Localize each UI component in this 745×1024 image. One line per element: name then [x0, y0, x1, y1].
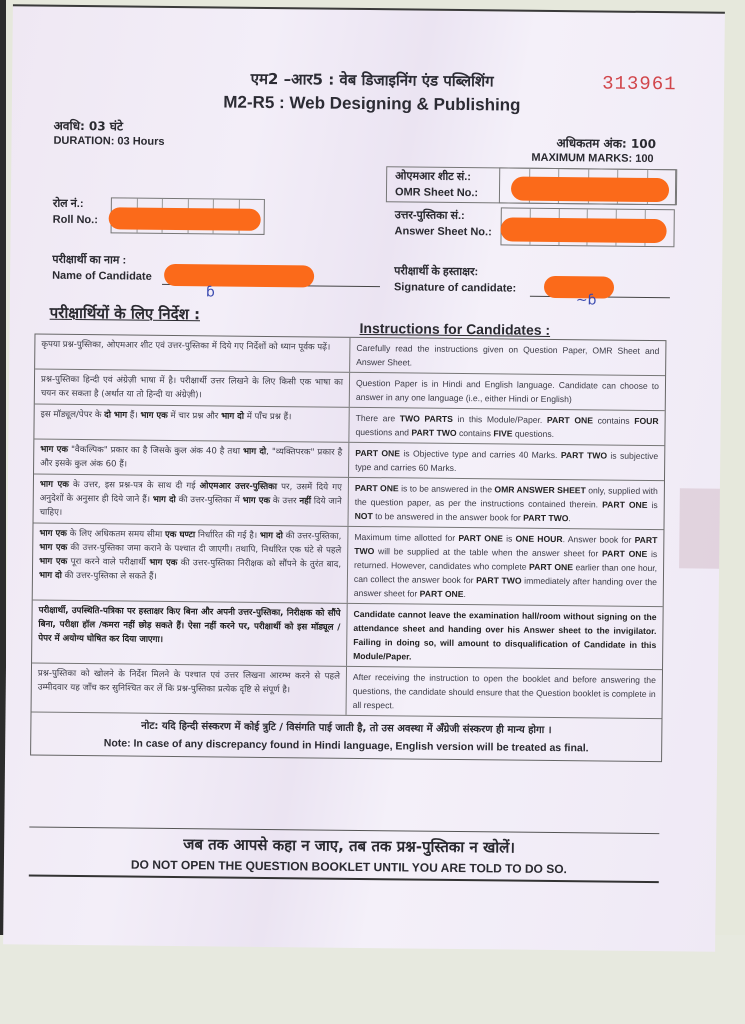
instruction-hindi: प्रश्न-पुस्तिका हिन्दी एवं अंग्रेज़ी भाष…: [35, 370, 350, 407]
signature-label-hindi: परीक्षार्थी के हस्ताक्षर:: [394, 264, 478, 280]
instruction-hindi: प्रश्न-पुस्तिका को खोलने के निर्देश मिलन…: [32, 664, 347, 715]
instruction-english: There are TWO PARTS in this Module/Paper…: [349, 408, 664, 445]
instruction-english: PART ONE is Objective type and carries 4…: [349, 443, 664, 480]
instruction-hindi: कृपया प्रश्न-पुस्तिका, ओएमआर शीट एवं उत्…: [35, 335, 350, 372]
instruction-english: Candidate cannot leave the examination h…: [347, 604, 663, 669]
signature-mark: ~ɓ: [576, 292, 597, 308]
instruction-english: Carefully read the instructions given on…: [350, 338, 665, 375]
omr-label-hindi: ओएमआर शीट सं.:: [395, 169, 471, 185]
title-hindi: एम2 –आर5 : वेब डिजाइनिंग एंड पब्लिशिंग: [192, 68, 552, 92]
duration-hindi: अवधि: 03 घंटे: [54, 117, 124, 135]
instruction-hindi: इस मॉड्यूल/पेपर के दो भाग हैं। भाग एक मे…: [34, 405, 349, 442]
instruction-english: Maximum time allotted for PART ONE is ON…: [348, 527, 664, 606]
warning-english: DO NOT OPEN THE QUESTION BOOKLET UNTIL Y…: [34, 857, 664, 878]
name-label-hindi: परीक्षार्थी का नाम :: [52, 253, 126, 269]
omr-label-english: OMR Sheet No.:: [395, 185, 478, 201]
instruction-row: प्रश्न-पुस्तिका को खोलने के निर्देश मिलन…: [32, 664, 662, 719]
signature-label-english: Signature of candidate:: [394, 280, 516, 296]
title-english: M2-R5 : Web Designing & Publishing: [172, 92, 572, 116]
instruction-row: परीक्षार्थी, उपस्थिति-पत्रिका पर हस्ताक्…: [32, 601, 663, 671]
answer-sheet-label-english: Answer Sheet No.:: [395, 224, 492, 240]
redacted-roll-number: [109, 207, 261, 231]
instruction-hindi: भाग एक "वैकल्पिक" प्रकार का है जिसके कुल…: [34, 440, 349, 477]
answer-sheet-label-hindi: उत्तर-पुस्तिका सं.:: [395, 208, 465, 224]
instruction-row: भाग एक के लिए अधिकतम समय सीमा एक घण्टा न…: [33, 524, 664, 608]
instruction-hindi: भाग एक के उत्तर, इस प्रश्न-पत्र के साथ द…: [34, 475, 349, 526]
duration-english: DURATION: 03 Hours: [53, 135, 164, 148]
max-marks-english: MAXIMUM MARKS: 100: [531, 152, 653, 165]
instructions-heading-english: Instructions for Candidates :: [359, 320, 550, 338]
name-label-english: Name of Candidate: [52, 269, 152, 285]
max-marks-hindi: अधिकतम अंक: 100: [556, 134, 656, 152]
instructions-heading-hindi: परीक्षार्थियों के लिए निर्देश :: [50, 303, 201, 325]
instructions-table: कृपया प्रश्न-पुस्तिका, ओएमआर शीट एवं उत्…: [30, 334, 666, 763]
instruction-english: PART ONE is to be answered in the OMR AN…: [348, 478, 663, 529]
redacted-candidate-name: [164, 264, 314, 288]
omr-sheet-field: ओएमआर शीट सं.: OMR Sheet No.:: [386, 166, 676, 205]
instruction-row: भाग एक के उत्तर, इस प्रश्न-पत्र के साथ द…: [34, 475, 664, 531]
note-hindi: नोट: यदि हिन्दी संस्करण में कोई त्रुटि /…: [31, 717, 661, 738]
exam-cover-page: एम2 –आर5 : वेब डिजाइनिंग एंड पब्लिशिंग M…: [3, 4, 725, 951]
instruction-english: After receiving the instruction to open …: [347, 667, 662, 718]
pen-mark: ɓ: [206, 284, 215, 300]
roll-label-english: Roll No.:: [53, 213, 98, 228]
instruction-hindi: भाग एक के लिए अधिकतम समय सीमा एक घण्टा न…: [33, 524, 349, 603]
roll-label-hindi: रोल नं.:: [53, 197, 84, 212]
tape-stain: [679, 488, 720, 568]
instruction-hindi: परीक्षार्थी, उपस्थिति-पत्रिका पर हस्ताक्…: [32, 601, 348, 666]
redacted-answer-sheet-number: [500, 217, 666, 243]
discrepancy-note: नोट: यदि हिन्दी संस्करण में कोई त्रुटि /…: [31, 712, 661, 762]
serial-number: 313961: [602, 72, 677, 95]
note-english: Note: In case of any discrepancy found i…: [31, 737, 661, 756]
warning-hindi: जब तक आपसे कहा न जाए, तब तक प्रश्न-पुस्त…: [34, 833, 664, 860]
instruction-english: Question Paper is in Hindi and English l…: [350, 373, 665, 410]
redacted-omr-number: [511, 177, 669, 203]
